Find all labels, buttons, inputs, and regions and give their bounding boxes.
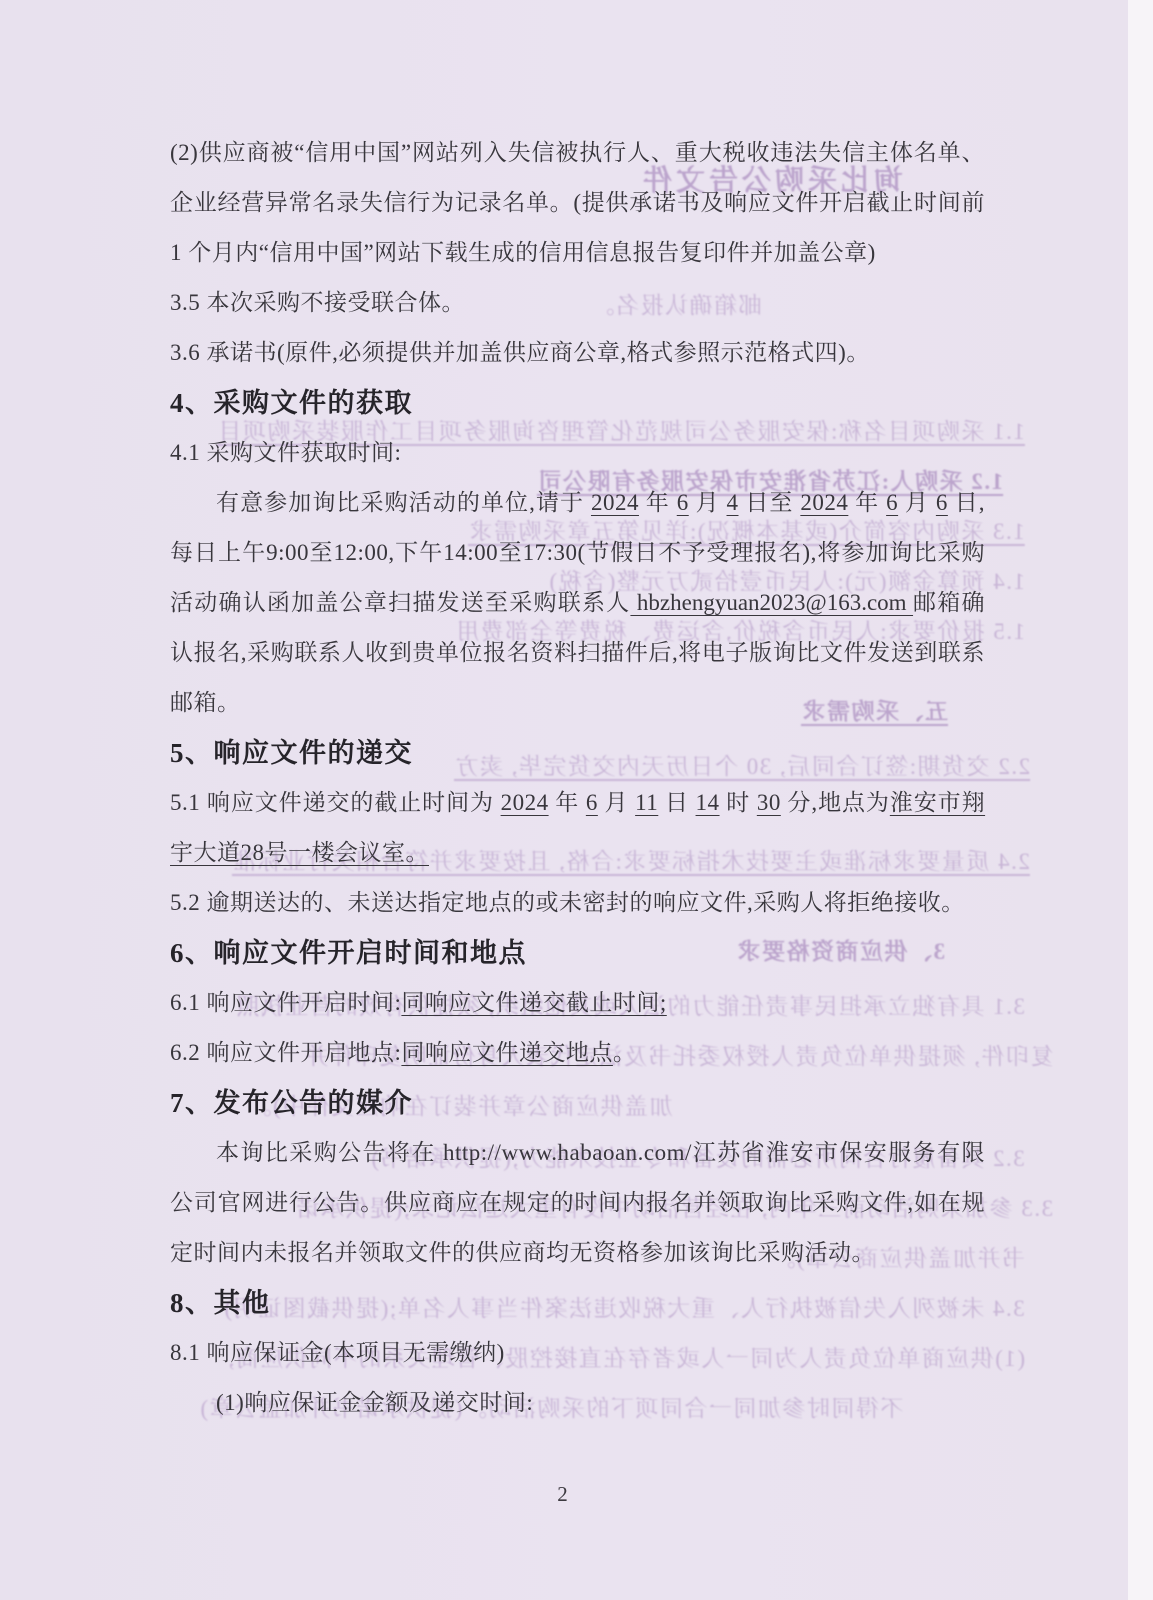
paragraph-3-5: 3.5 本次采购不接受联合体。: [170, 278, 985, 328]
underlined-year-end: 2024: [800, 490, 848, 515]
text-run: 日至: [739, 490, 801, 515]
underlined-deadline-year: 2024: [501, 790, 549, 815]
page-edge-strip: [1128, 0, 1153, 1600]
contact-email: hbzhengyuan2023@163.com: [630, 590, 913, 615]
text-run: 年: [848, 490, 886, 515]
text-run: 分,地点为: [781, 790, 890, 815]
heading-7-announcement-media: 7、发布公告的媒介: [170, 1078, 985, 1128]
underlined-year-start: 2024: [591, 490, 639, 515]
text-run: 月: [898, 490, 936, 515]
underlined-month-start: 6: [677, 490, 689, 515]
paragraph-3-6: 3.6 承诺书(原件,必须提供并加盖供应商公章,格式参照示范格式四)。: [170, 328, 985, 378]
text-run: 年: [639, 490, 677, 515]
scanned-document-page: 询比采购公告文件 邮箱确认报名。 1.1 采购项目名称:保安服务公司规范化管理咨…: [0, 0, 1153, 1600]
paragraph-8-1: 8.1 响应保证金(本项目无需缴纳): [170, 1328, 985, 1378]
paragraph-4-1: 4.1 采购文件获取时间:: [170, 428, 985, 478]
text-run: 6.2 响应文件开启地点:: [170, 1040, 401, 1065]
underlined-deadline-hour: 14: [696, 790, 720, 815]
text-run: 6.1 响应文件开启时间:: [170, 990, 401, 1015]
underlined-month-end: 6: [886, 490, 898, 515]
text-run: 有意参加询比采购活动的单位,请于: [216, 490, 591, 515]
paragraph-credit-blacklist: (2)供应商被“信用中国”网站列入失信被执行人、重大税收违法失信主体名单、企业经…: [170, 128, 985, 278]
paragraph-6-1: 6.1 响应文件开启时间:同响应文件递交截止时间;: [170, 978, 985, 1028]
paragraph-6-2: 6.2 响应文件开启地点:同响应文件递交地点。: [170, 1028, 985, 1078]
page-number: 2: [0, 1482, 1125, 1507]
paragraph-4-1-detail: 有意参加询比采购活动的单位,请于 2024 年 6 月 4 日至 2024 年 …: [170, 478, 985, 728]
underlined-day-start: 4: [727, 490, 739, 515]
heading-6-opening-time-place: 6、响应文件开启时间和地点: [170, 928, 985, 978]
paragraph-5-1-deadline: 5.1 响应文件递交的截止时间为 2024 年 6 月 11 日 14 时 30…: [170, 778, 985, 878]
underlined-opening-time: 同响应文件递交截止时间;: [401, 990, 666, 1015]
text-run: 5.1 响应文件递交的截止时间为: [170, 790, 501, 815]
heading-8-others: 8、其他: [170, 1278, 985, 1328]
text-run: 年: [549, 790, 586, 815]
underlined-deadline-minute: 30: [757, 790, 781, 815]
text-run: 月: [598, 790, 635, 815]
text-run: 月: [689, 490, 727, 515]
paragraph-5-2: 5.2 逾期送达的、未送达指定地点的或未密封的响应文件,采购人将拒绝接收。: [170, 878, 985, 928]
underlined-opening-place: 同响应文件递交地点: [401, 1040, 613, 1065]
underlined-deadline-day: 11: [635, 790, 658, 815]
underlined-deadline-month: 6: [586, 790, 598, 815]
text-run: 时: [720, 790, 757, 815]
paragraph-8-1-sub: (1)响应保证金金额及递交时间:: [170, 1378, 985, 1428]
underlined-day-end: 6: [936, 490, 948, 515]
document-body: (2)供应商被“信用中国”网站列入失信被执行人、重大税收违法失信主体名单、企业经…: [170, 128, 985, 1428]
text-run: 日: [658, 790, 695, 815]
heading-4-document-obtaining: 4、采购文件的获取: [170, 378, 985, 428]
heading-5-response-submission: 5、响应文件的递交: [170, 728, 985, 778]
text-run: 。: [613, 1040, 637, 1065]
paragraph-7-announcement: 本询比采购公告将在 http://www.habaoan.com/江苏省淮安市保…: [170, 1128, 985, 1278]
